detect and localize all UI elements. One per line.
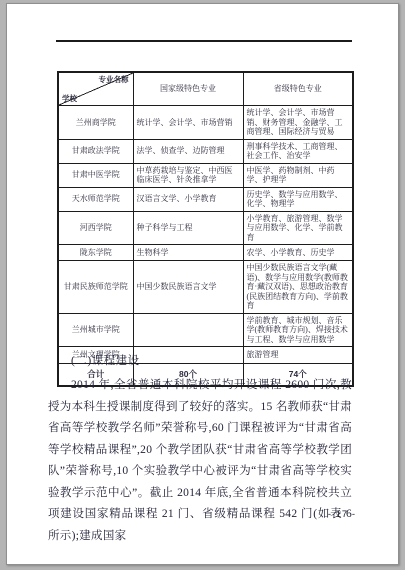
national-majors: 汉语言文学、小学教育 bbox=[133, 187, 243, 211]
column-header-provincial: 省级特色专业 bbox=[243, 72, 353, 106]
school-name: 甘肃中医学院 bbox=[58, 163, 133, 187]
provincial-majors: 学前教育、城市规划、音乐学(教师教育方向)、焊接技术与工程、数学与应用数学 bbox=[243, 313, 353, 347]
national-majors: 法学、侦查学、边防管理 bbox=[133, 139, 243, 163]
school-name: 兰州商学院 bbox=[58, 106, 133, 140]
report-page: 专业名称 学校 国家级特色专业 省级特色专业 兰州商学院 统计学、会计学、市场营… bbox=[6, 3, 399, 565]
corner-label-major: 专业名称 bbox=[99, 75, 129, 85]
school-name: 甘肃政法学院 bbox=[58, 139, 133, 163]
provincial-majors: 农学、小学教育、历史学 bbox=[243, 245, 353, 261]
school-name: 天水师范学院 bbox=[58, 187, 133, 211]
provincial-majors: 小学教育、旅游管理、数学与应用数学、化学、学前教育 bbox=[243, 211, 353, 245]
school-name: 兰州城市学院 bbox=[58, 313, 133, 347]
document-viewer: { "document": { "page_number": "- 17 -" … bbox=[0, 0, 405, 570]
provincial-majors: 历史学、数学与应用数学、化学、物理学 bbox=[243, 187, 353, 211]
provincial-majors: 中医学、药物制剂、中药学、护理学 bbox=[243, 163, 353, 187]
body-paragraph: 2014 年,全省普通本科院校平均开设课程 2600 门次,教授为本科生授课制度… bbox=[48, 375, 352, 547]
table-row: 兰州城市学院 学前教育、城市规划、音乐学(教师教育方向)、焊接技术与工程、数学与… bbox=[58, 313, 353, 347]
provincial-majors: 中国少数民族语言文学(藏语)、数学与应用数学(教师教育·藏汉双语)、思想政治教育… bbox=[243, 261, 353, 314]
column-header-national: 国家级特色专业 bbox=[133, 72, 243, 106]
table-row: 甘肃中医学院 中草药栽培与鉴定、中西医临床医学、针灸推拿学 中医学、药物制剂、中… bbox=[58, 163, 353, 187]
national-majors: 生物科学 bbox=[133, 245, 243, 261]
provincial-majors: 刑事科学技术、工商管理、社会工作、治安学 bbox=[243, 139, 353, 163]
header-rule bbox=[56, 40, 352, 42]
body-content: (二)课程建设 2014 年,全省普通本科院校平均开设课程 2600 门次,教授… bbox=[48, 354, 352, 547]
school-name: 甘肃民族师范学院 bbox=[58, 261, 133, 314]
school-name: 陇东学院 bbox=[58, 245, 133, 261]
table-header-row: 专业名称 学校 国家级特色专业 省级特色专业 bbox=[58, 72, 353, 106]
school-name: 河西学院 bbox=[58, 211, 133, 245]
diagonal-corner-cell: 专业名称 学校 bbox=[58, 72, 133, 106]
provincial-majors: 统计学、会计学、市场营销、财务管理、金融学、工商管理、国际经济与贸易 bbox=[243, 106, 353, 140]
national-majors: 中国少数民族语言文学 bbox=[133, 261, 243, 314]
table-row: 兰州商学院 统计学、会计学、市场营销 统计学、会计学、市场营销、财务管理、金融学… bbox=[58, 106, 353, 140]
table-row: 天水师范学院 汉语言文学、小学教育 历史学、数学与应用数学、化学、物理学 bbox=[58, 187, 353, 211]
table-row: 甘肃民族师范学院 中国少数民族语言文学 中国少数民族语言文学(藏语)、数学与应用… bbox=[58, 261, 353, 314]
table-row: 河西学院 种子科学与工程 小学教育、旅游管理、数学与应用数学、化学、学前教育 bbox=[58, 211, 353, 245]
section-heading: (二)课程建设 bbox=[48, 354, 352, 368]
featured-majors-table: 专业名称 学校 国家级特色专业 省级特色专业 兰州商学院 统计学、会计学、市场营… bbox=[57, 71, 354, 387]
corner-label-school: 学校 bbox=[62, 94, 77, 104]
national-majors: 种子科学与工程 bbox=[133, 211, 243, 245]
national-majors bbox=[133, 313, 243, 347]
national-majors: 中草药栽培与鉴定、中西医临床医学、针灸推拿学 bbox=[133, 163, 243, 187]
page-number: - 17 - bbox=[328, 509, 356, 520]
national-majors: 统计学、会计学、市场营销 bbox=[133, 106, 243, 140]
table-row: 陇东学院 生物科学 农学、小学教育、历史学 bbox=[58, 245, 353, 261]
table-row: 甘肃政法学院 法学、侦查学、边防管理 刑事科学技术、工商管理、社会工作、治安学 bbox=[58, 139, 353, 163]
